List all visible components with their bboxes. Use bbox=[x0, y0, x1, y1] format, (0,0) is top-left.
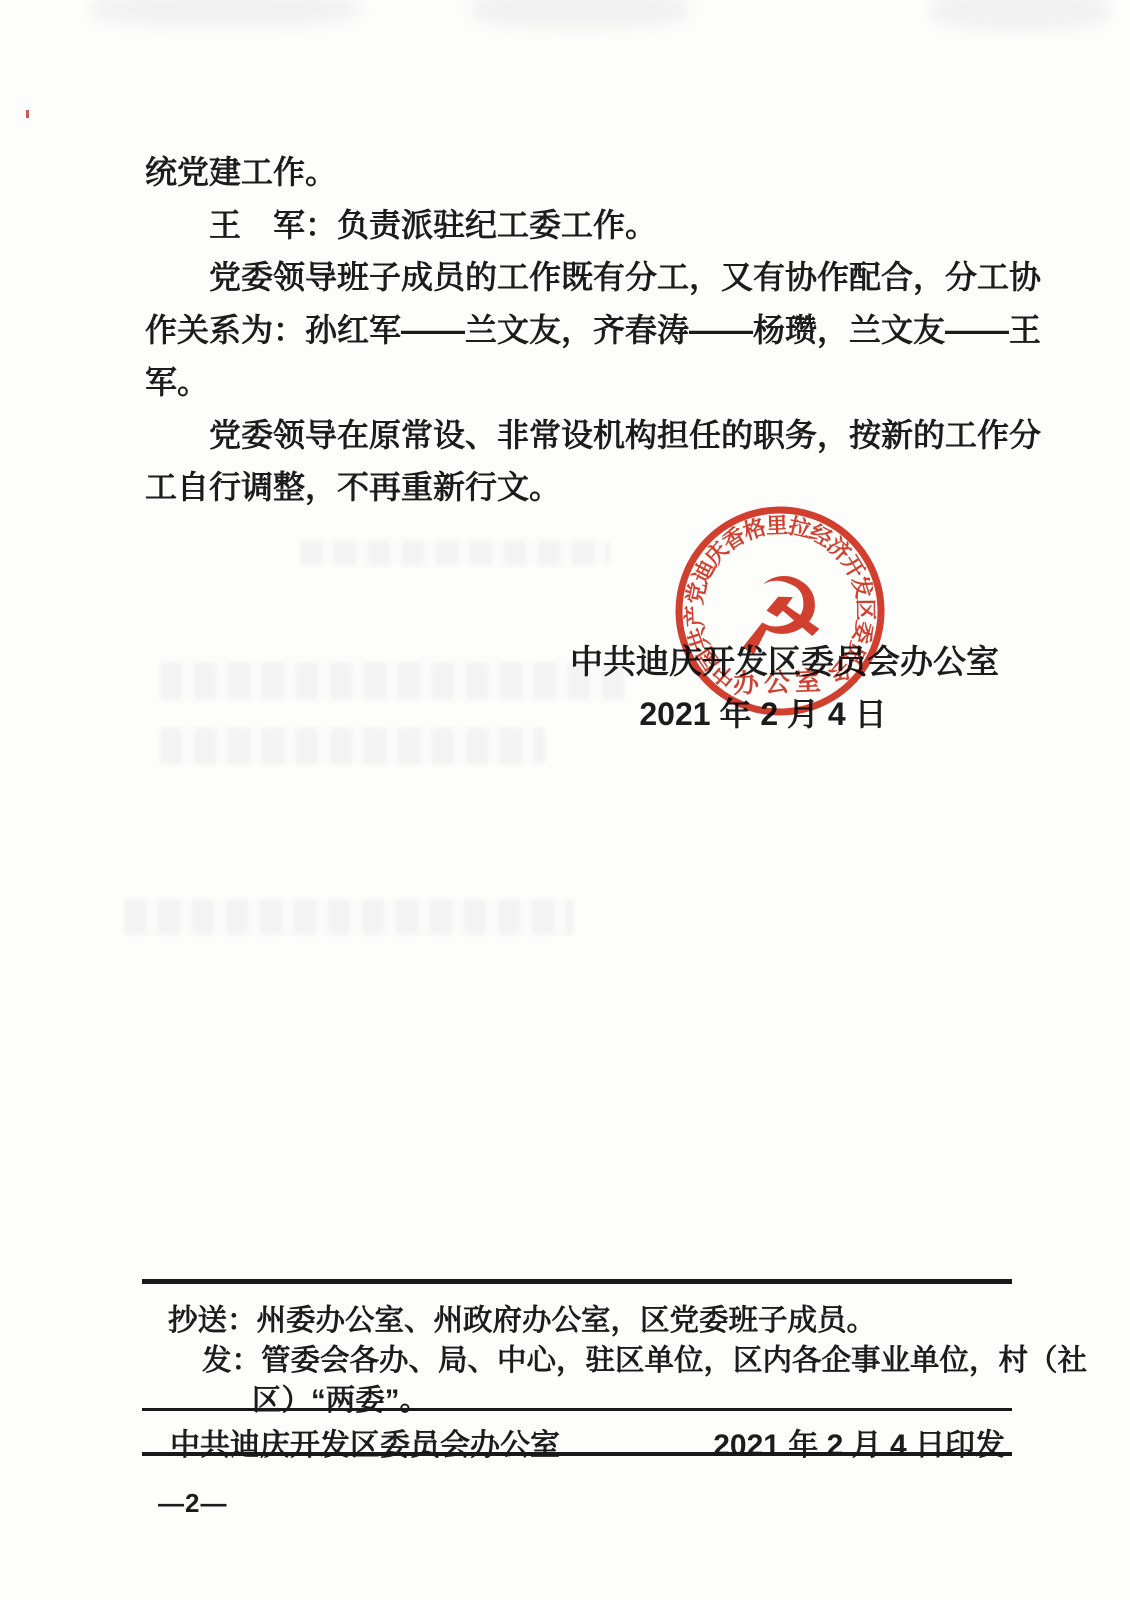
bleed-through-text bbox=[160, 727, 545, 765]
scan-smudge bbox=[930, 0, 1110, 30]
copy-to-line: 抄送：州委办公室、州政府办公室，区党委班子成员。 bbox=[168, 1297, 876, 1339]
hammer-sickle-icon: ☭ bbox=[731, 554, 830, 680]
scan-smudge bbox=[90, 0, 360, 26]
footer-bottom-row: 中共迪庆开发区委员会办公室 2021 年 2 月 4 日印发 bbox=[145, 1420, 1011, 1464]
footer-rule-middle bbox=[142, 1408, 1012, 1411]
body-line: 军。 bbox=[145, 356, 1013, 409]
body-line: 统党建工作。 bbox=[145, 146, 1013, 199]
seal-bottom-text: 办公室 bbox=[733, 666, 827, 699]
footer-rule-top bbox=[142, 1279, 1012, 1284]
official-seal: 中国共产党迪庆香格里拉经济开发区委员会 ☭ 办公室 bbox=[664, 495, 896, 727]
issued-to-line: 发：管委会各办、局、中心，驻区单位，区内各企事业单位，村（社 bbox=[202, 1337, 1087, 1379]
scanned-document-page: 统党建工作。 王 军：负责派驻纪工委工作。 党委领导班子成员的工作既有分工，又有… bbox=[0, 0, 1130, 1600]
print-date: 2021 年 2 月 4 日印发 bbox=[713, 1420, 1005, 1464]
document-body: 统党建工作。 王 军：负责派驻纪工委工作。 党委领导班子成员的工作既有分工，又有… bbox=[145, 146, 1013, 514]
footer-rule-bottom bbox=[142, 1452, 1012, 1456]
body-line: 党委领导在原常设、非常设机构担任的职务，按新的工作分 bbox=[145, 409, 1013, 462]
body-line: 王 军：负责派驻纪工委工作。 bbox=[145, 199, 1013, 252]
issuing-office: 中共迪庆开发区委员会办公室 bbox=[170, 1420, 560, 1464]
bleed-through-text bbox=[300, 540, 610, 566]
body-line: 党委领导班子成员的工作既有分工，又有协作配合，分工协 bbox=[145, 251, 1013, 304]
issued-to-line-cont: 区）“两委”。 bbox=[252, 1377, 429, 1419]
bleed-through-text bbox=[124, 899, 574, 935]
ink-speck bbox=[26, 110, 29, 118]
body-line: 作关系为：孙红军——兰文友，齐春涛——杨瓒，兰文友——王 bbox=[145, 304, 1013, 357]
page-number: —2— bbox=[158, 1488, 227, 1519]
scan-smudge bbox=[470, 0, 690, 28]
